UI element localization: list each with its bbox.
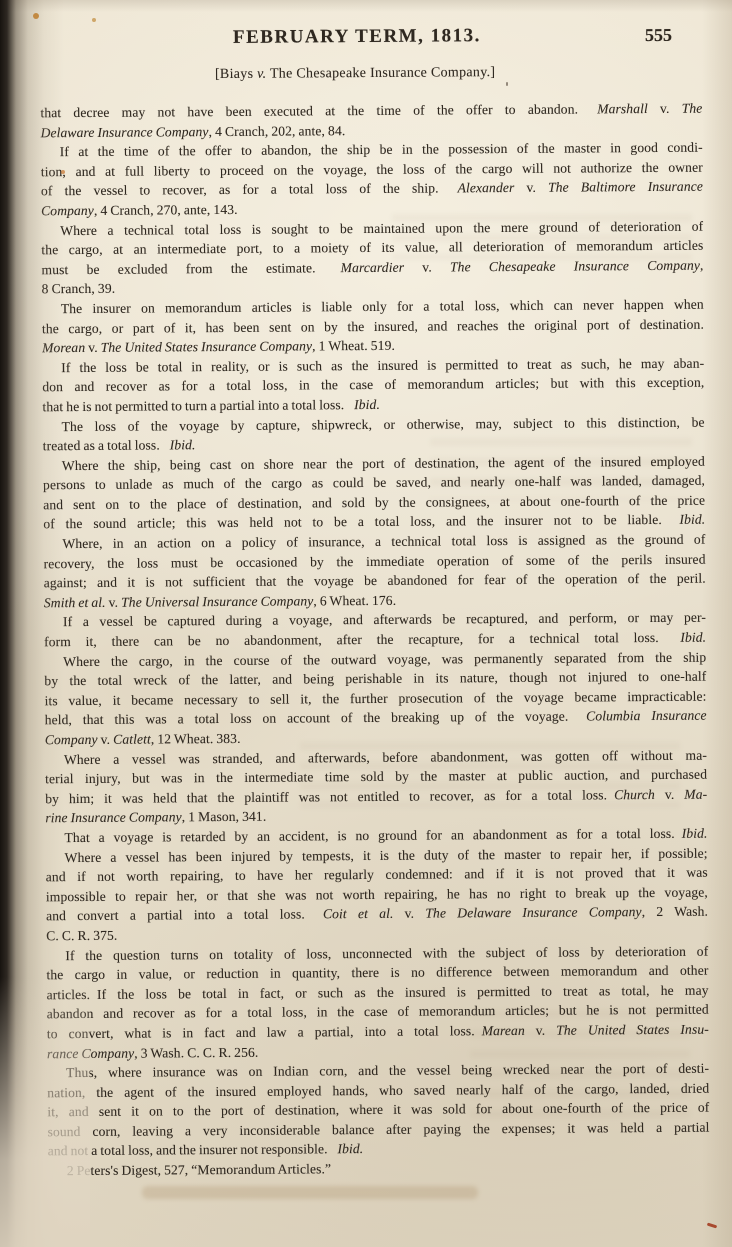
body-run: don and recover as for a total loss, in …: [42, 375, 704, 395]
body-run: , 4 Cranch, 270, ante, 143.: [94, 202, 238, 218]
body-run: impossible to repair her, or that she wa…: [46, 884, 708, 904]
italic-citation-text: Morean: [42, 340, 85, 355]
body-run: v.: [106, 595, 122, 610]
body-run: nation, the agent of the insured employe…: [47, 1080, 709, 1100]
body-run: v.: [525, 1023, 557, 1038]
body-run: If a vessel be captured during a voyage,…: [63, 610, 706, 629]
italic-citation-text: The: [682, 101, 703, 116]
body-run: held, that this was a total loss on acco…: [45, 709, 587, 728]
body-run: by the total wreck of the latter, and be…: [44, 669, 706, 689]
italic-citation-text: Coit et al.: [323, 906, 394, 921]
italic-citation-text: Smith et al.: [44, 595, 106, 610]
body-run: abandon and recover as for a total loss,…: [47, 1002, 709, 1022]
body-run: that decree may not have been executed a…: [40, 101, 597, 120]
body-run: Thus, where insurance was on Indian corn…: [66, 1061, 709, 1080]
body-run: by him; it was held that the plaintiff w…: [45, 787, 614, 806]
body-run: , 12 Wheat. 383.: [151, 731, 241, 747]
body-run: that he is not permitted to turn a parti…: [42, 397, 354, 414]
body-run: form it, there can be no abandonment, af…: [44, 630, 680, 649]
case-caption: [Biays v. The Chesapeake Insurance Compa…: [0, 63, 728, 84]
italic-citation-text: Delaware Insurance Company: [41, 124, 209, 140]
body-text: that decree may not have been executed a…: [40, 99, 710, 1181]
body-run: Where a vessel has been injured by tempe…: [65, 845, 708, 864]
italic-citation-text: Church: [614, 787, 655, 802]
body-run: [Biays: [215, 67, 257, 82]
body-run: and sent on to the place of destination,…: [43, 493, 705, 513]
body-run: , 4 Cranch, 202, ante, 84.: [208, 123, 345, 139]
italic-citation-text: The Baltimore Insurance: [548, 179, 703, 195]
body-run: If at the time of the offer to abandon, …: [60, 140, 703, 159]
italic-citation-text: v.: [257, 67, 266, 82]
body-run: Where, in an action on a policy of insur…: [62, 532, 705, 551]
body-run: C. C. R. 375.: [46, 928, 117, 943]
body-run: Where the ship, being cast on shore near…: [62, 453, 705, 472]
body-run: , 3 Wash. C. C. R. 256.: [134, 1044, 258, 1060]
italic-citation-text: Ibid.: [680, 630, 706, 645]
body-run: v.: [514, 180, 548, 195]
italic-citation-text: Ibid.: [170, 437, 196, 452]
body-run: ,: [700, 257, 704, 272]
body-run: and not a total loss, and the insurer no…: [48, 1142, 338, 1159]
italic-citation-text: Alexander: [458, 180, 515, 195]
body-run: v.: [648, 101, 682, 116]
italic-citation-text: Company: [45, 732, 98, 747]
body-run: v.: [98, 732, 114, 747]
italic-citation-text: Ibid.: [682, 826, 708, 841]
body-run: against; and it is not sufficient that t…: [44, 571, 706, 591]
page-number: 555: [645, 25, 672, 46]
italic-citation-text: rine Insurance Company: [45, 810, 181, 826]
body-run: , 1 Wheat. 519.: [312, 338, 395, 354]
body-run: That a voyage is retarded by an accident…: [64, 826, 681, 845]
running-head-term: FEBRUARY TERM, 1813.: [0, 23, 728, 50]
italic-citation-text: The Universal Insurance Company: [121, 593, 313, 609]
body-run: it, and sent it on to the port of destin…: [47, 1100, 709, 1120]
body-run: must be excluded from the estimate.: [41, 260, 340, 277]
body-run: to convert, what is in fact and law a pa…: [47, 1023, 482, 1041]
italic-citation-text: Columbia Insurance: [586, 708, 707, 724]
body-run: 2 Peters's Digest, 527, “Memorandum Arti…: [67, 1161, 331, 1178]
body-run: If the question turns on totality of los…: [65, 943, 708, 962]
body-run: Where a vessel was stranded, and afterwa…: [64, 747, 707, 766]
body-run: v.: [655, 787, 684, 802]
body-run: The insurer on memorandum articles is li…: [61, 297, 704, 316]
italic-citation-text: Ibid.: [679, 512, 705, 527]
italic-citation-text: The Delaware Insurance Company: [425, 904, 641, 921]
body-run: persons to unlade as much of the cargo a…: [43, 473, 705, 493]
body-run: The Chesapeake Insurance Company.]: [266, 65, 495, 82]
italic-citation-text: Ma-: [684, 786, 707, 801]
body-run: , 2 Wash.: [642, 904, 708, 919]
body-run: of the vessel to recover, as for a total…: [41, 181, 458, 199]
italic-citation-text: Company: [41, 203, 94, 218]
body-run: , 1 Mason, 341.: [182, 809, 267, 825]
printed-content: FEBRUARY TERM, 1813. 555 [Biays v. The C…: [0, 0, 732, 1247]
text-line: 2 Peters's Digest, 527, “Memorandum Arti…: [48, 1157, 710, 1181]
body-run: its value, it became necessary to sell i…: [44, 688, 706, 708]
body-run: the cargo in value, or reduction in quan…: [46, 963, 708, 983]
italic-citation-text: Catlett: [113, 732, 151, 747]
italic-citation-text: The Chesapeake Insurance Company: [450, 257, 700, 274]
body-run: Where the cargo, in the course of the ou…: [63, 649, 706, 668]
body-run: treated as a total loss.: [43, 437, 170, 453]
body-run: Where a technical total loss is sought t…: [60, 218, 703, 237]
body-run: of the sound article; this was held not …: [43, 512, 679, 531]
body-run: v.: [85, 340, 101, 355]
body-run: tion, and at full liberty to proceed on …: [41, 159, 703, 179]
body-run: the cargo, at an intermediate port, to a…: [41, 238, 703, 258]
italic-citation-text: Marean: [482, 1023, 525, 1038]
body-run: terial injury, but was in the intermedia…: [45, 767, 707, 787]
body-run: articles. If the loss be total in fact, …: [47, 982, 709, 1002]
italic-citation-text: rance Company: [47, 1045, 134, 1061]
italic-citation-text: The United States Insurance Company: [101, 338, 313, 354]
body-run: v.: [404, 259, 450, 274]
body-run: sound corn, leaving a very inconsiderabl…: [47, 1119, 709, 1139]
body-run: 8 Cranch, 39.: [42, 281, 116, 297]
italic-citation-text: Marcardier: [341, 259, 405, 274]
body-run: and convert a partial into a total loss.: [46, 907, 323, 924]
body-run: and if not worth repairing, to have her …: [46, 865, 708, 885]
body-run: The loss of the voyage by capture, shipw…: [62, 414, 705, 433]
body-run: recovery, the loss must be occasioned by…: [44, 551, 706, 571]
body-run: If the loss be total in reality, or is s…: [61, 355, 704, 374]
body-run: , 6 Wheat. 176.: [313, 593, 396, 609]
scanned-page: FEBRUARY TERM, 1813. 555 [Biays v. The C…: [0, 0, 732, 1247]
italic-citation-text: The United States Insu-: [556, 1022, 709, 1038]
italic-citation-text: Ibid.: [354, 397, 380, 412]
italic-citation-text: Marshall: [597, 101, 648, 116]
italic-citation-text: Ibid.: [337, 1142, 363, 1157]
body-run: the cargo, or part of it, has been sent …: [42, 316, 704, 336]
body-run: v.: [393, 906, 425, 921]
